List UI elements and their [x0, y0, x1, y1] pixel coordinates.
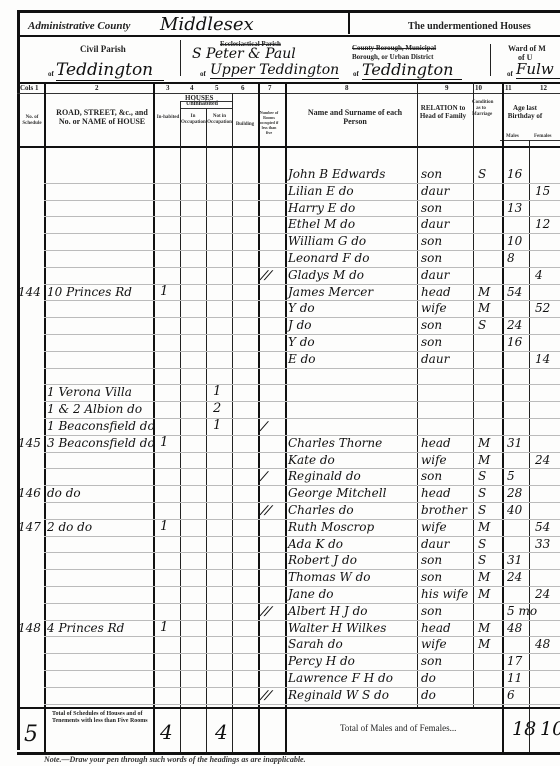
- col-line: [417, 82, 418, 707]
- person-name: Y do: [288, 299, 315, 317]
- colnum: 10: [475, 84, 482, 92]
- male-age: 16: [507, 333, 522, 351]
- condition: M: [478, 635, 490, 653]
- inhabited-count: 1: [160, 619, 168, 637]
- relation: son: [421, 551, 442, 569]
- person-name: Walter H Wilkes: [288, 619, 386, 637]
- person-name: Harry E do: [288, 199, 355, 217]
- condition: S: [478, 551, 486, 569]
- male-age: 40: [507, 501, 522, 519]
- admin-county-value: Middlesex: [160, 14, 330, 36]
- relation: head: [421, 619, 451, 637]
- admin-county-label: Administrative County: [28, 20, 130, 32]
- relation: head: [421, 434, 451, 452]
- relation: son: [421, 232, 442, 250]
- person-name: Jane do: [288, 585, 334, 603]
- colnum: 2: [95, 84, 99, 92]
- male-age: 54: [507, 283, 522, 301]
- uninhabited-count: 1: [213, 383, 221, 401]
- condition: M: [478, 434, 490, 452]
- male-age: 17: [507, 652, 522, 670]
- relation: do: [421, 669, 436, 687]
- relation: brother: [421, 501, 467, 519]
- relation: daur: [421, 350, 449, 368]
- person-name: Lawrence F H do: [288, 669, 393, 687]
- persons-total-label: Total of Males and of Females...: [340, 723, 456, 733]
- male-age: 31: [507, 551, 522, 569]
- colnum: 11: [505, 84, 512, 92]
- person-name: William G do: [288, 232, 366, 250]
- relation: his wife: [421, 585, 468, 603]
- female-age: 4: [535, 266, 543, 284]
- inhabited-count: 1: [160, 434, 168, 452]
- uninhabited-total: 4: [215, 720, 228, 744]
- condition: M: [478, 451, 490, 469]
- relation: son: [421, 333, 442, 351]
- relation: son: [421, 316, 442, 334]
- header-rule: [17, 35, 560, 37]
- person-name: Ada K do: [288, 535, 343, 553]
- person-name: Thomas W do: [288, 568, 371, 586]
- male-age: 24: [507, 568, 522, 586]
- address: 2 do do: [47, 518, 92, 536]
- uninhab-rule: [181, 108, 233, 109]
- address: 1 Verona Villa: [47, 383, 132, 401]
- male-age: 48: [507, 619, 522, 637]
- relation: wife: [421, 518, 447, 536]
- person-name: J do: [288, 316, 312, 334]
- male-age: 8: [507, 249, 515, 267]
- female-age: 54: [535, 518, 550, 536]
- hdr-name: Name and Surname of each Person: [300, 108, 410, 126]
- civil-parish-label: Civil Parish: [80, 44, 126, 54]
- male-age: 5 mo: [507, 602, 537, 620]
- eccl-parish-line1: S Peter & Paul: [192, 46, 296, 62]
- colnum: 6: [241, 84, 245, 92]
- person-name: John B Edwards: [288, 165, 385, 183]
- relation: daur: [421, 215, 449, 233]
- colnum: 9: [445, 84, 449, 92]
- person-name: Leonard F do: [288, 249, 369, 267]
- hdr-condition: Condition as to Marriage: [472, 100, 490, 118]
- female-age: 33: [535, 535, 550, 553]
- age-rule: [500, 140, 560, 141]
- person-name: Reginald W S do: [288, 686, 389, 704]
- relation: son: [421, 602, 442, 620]
- male-age: 5: [507, 467, 515, 485]
- colnum: Cols 1: [20, 84, 38, 92]
- relation: son: [421, 165, 442, 183]
- relation: son: [421, 249, 442, 267]
- address: do do: [47, 484, 81, 502]
- ward-label-1: Ward of M: [508, 44, 546, 53]
- colnum: 4: [190, 84, 194, 92]
- civil-parish-prefix: of: [48, 70, 54, 78]
- address: 1 & 2 Albion do: [47, 400, 142, 418]
- female-age: 12: [535, 215, 550, 233]
- eccl-parish-value: Upper Teddington: [210, 62, 339, 79]
- person-name: Lilian E do: [288, 182, 354, 200]
- address: 10 Princes Rd: [47, 283, 132, 301]
- condition: S: [478, 535, 486, 553]
- address: 3 Beaconsfield do: [47, 434, 155, 452]
- male-age: 16: [507, 165, 522, 183]
- address: 1 Beaconsfield do: [47, 417, 155, 435]
- col-line: [473, 82, 474, 707]
- female-age: 24: [535, 585, 550, 603]
- male-age: 24: [507, 316, 522, 334]
- relation: son: [421, 467, 442, 485]
- hdr-inhabited: In-habited: [156, 115, 180, 121]
- uninhabited-count: 2: [213, 400, 221, 418]
- condition: M: [478, 619, 490, 637]
- male-age: 6: [507, 686, 515, 704]
- condition: M: [478, 568, 490, 586]
- male-age: 13: [507, 199, 522, 217]
- schedule-number: 146: [18, 484, 41, 502]
- condition: S: [478, 467, 486, 485]
- hdr-in-occupation: In Occupation: [181, 114, 205, 126]
- relation: do: [421, 686, 436, 704]
- title-right: The undermentioned Houses: [408, 21, 531, 32]
- person-name: James Mercer: [288, 283, 373, 301]
- condition: S: [478, 484, 486, 502]
- col-line: [529, 140, 530, 752]
- person-name: George Mitchell: [288, 484, 386, 502]
- person-name: Sarah do: [288, 635, 343, 653]
- ward-value: Fulw: [516, 60, 560, 79]
- colnum-rule: [17, 93, 560, 94]
- colnum: 12: [540, 84, 547, 92]
- person-name: Albert H J do: [288, 602, 367, 620]
- eccl-parish-prefix: of: [200, 70, 206, 78]
- condition: S: [478, 165, 486, 183]
- address: 4 Princes Rd: [47, 619, 124, 637]
- relation: head: [421, 283, 451, 301]
- person-name: Reginald do: [288, 467, 361, 485]
- female-age: 24: [535, 451, 550, 469]
- female-age: 15: [535, 182, 550, 200]
- females-total: 10: [540, 718, 560, 740]
- uninhabited-count: 1: [213, 417, 221, 435]
- relation: wife: [421, 299, 447, 317]
- hdr-building: Building: [233, 122, 257, 128]
- schedules-total-label: Total of Schedules of Houses and of Tene…: [52, 711, 148, 725]
- male-age: 28: [507, 484, 522, 502]
- header-bottom-rule: [17, 146, 560, 148]
- person-name: Kate do: [288, 451, 335, 469]
- inhabited-count: 1: [160, 518, 168, 536]
- hdr-not-in-occupation: Not in Occupation: [207, 114, 232, 126]
- condition: S: [478, 501, 486, 519]
- census-page: Administrative County Middlesex The unde…: [0, 0, 560, 766]
- female-age: 14: [535, 350, 550, 368]
- relation: daur: [421, 266, 449, 284]
- person-name: Charles do: [288, 501, 354, 519]
- col-line: [206, 108, 207, 752]
- relation: wife: [421, 451, 447, 469]
- male-age: 10: [507, 232, 522, 250]
- person-name: E do: [288, 350, 315, 368]
- condition: M: [478, 518, 490, 536]
- relation: son: [421, 199, 442, 217]
- civil-parish-value: Teddington: [56, 60, 164, 81]
- colnum: 5: [215, 84, 219, 92]
- inhabited-count: 1: [160, 283, 168, 301]
- relation: daur: [421, 535, 449, 553]
- schedule-number: 148: [18, 619, 41, 637]
- schedules-total: 5: [24, 722, 38, 747]
- hdr-rooms: Number of Rooms occupied if less than fi…: [259, 110, 279, 135]
- relation: son: [421, 568, 442, 586]
- condition: M: [478, 283, 490, 301]
- borough-prefix: of: [353, 70, 359, 78]
- schedule-number: 145: [18, 434, 41, 452]
- schedule-number: 147: [18, 518, 41, 536]
- hdr-relation: RELATION to Head of Family: [418, 104, 468, 120]
- totals-rule: [17, 707, 560, 709]
- relation: son: [421, 652, 442, 670]
- person-name: Gladys M do: [288, 266, 364, 284]
- person-name: Robert J do: [288, 551, 357, 569]
- hdr-age: Age last Birthday of: [500, 104, 550, 120]
- hdr-road: ROAD, STREET, &c., and No. or NAME of HO…: [50, 108, 154, 126]
- female-age: 52: [535, 299, 550, 317]
- relation: wife: [421, 635, 447, 653]
- person-name: Ruth Moscrop: [288, 518, 374, 536]
- borough-value: Teddington: [362, 60, 462, 80]
- colnum: 7: [268, 84, 272, 92]
- borough-label-1: County Borough, Municipal: [352, 44, 436, 52]
- houses-rule: [181, 101, 233, 102]
- divider: [180, 40, 181, 76]
- males-total: 18: [512, 718, 536, 740]
- person-name: Charles Thorne: [288, 434, 382, 452]
- condition: S: [478, 316, 486, 334]
- divider: [490, 44, 491, 76]
- footer-note: Note.—Draw your pen through such words o…: [44, 755, 306, 764]
- inhabited-total: 4: [160, 720, 173, 744]
- person-name: Percy H do: [288, 652, 355, 670]
- relation: daur: [421, 182, 449, 200]
- schedule-number: 144: [18, 283, 41, 301]
- female-age: 48: [535, 635, 550, 653]
- colnum: 3: [166, 84, 170, 92]
- colnum: 8: [345, 84, 349, 92]
- condition: M: [478, 299, 490, 317]
- male-age: 11: [507, 669, 522, 687]
- condition: M: [478, 585, 490, 603]
- male-age: 31: [507, 434, 522, 452]
- header-divider: [348, 10, 350, 34]
- relation: head: [421, 484, 451, 502]
- hdr-schedule: No. of Schedule: [20, 115, 44, 127]
- person-name: Ethel M do: [288, 215, 355, 233]
- person-name: Y do: [288, 333, 315, 351]
- ward-prefix: of: [507, 70, 513, 78]
